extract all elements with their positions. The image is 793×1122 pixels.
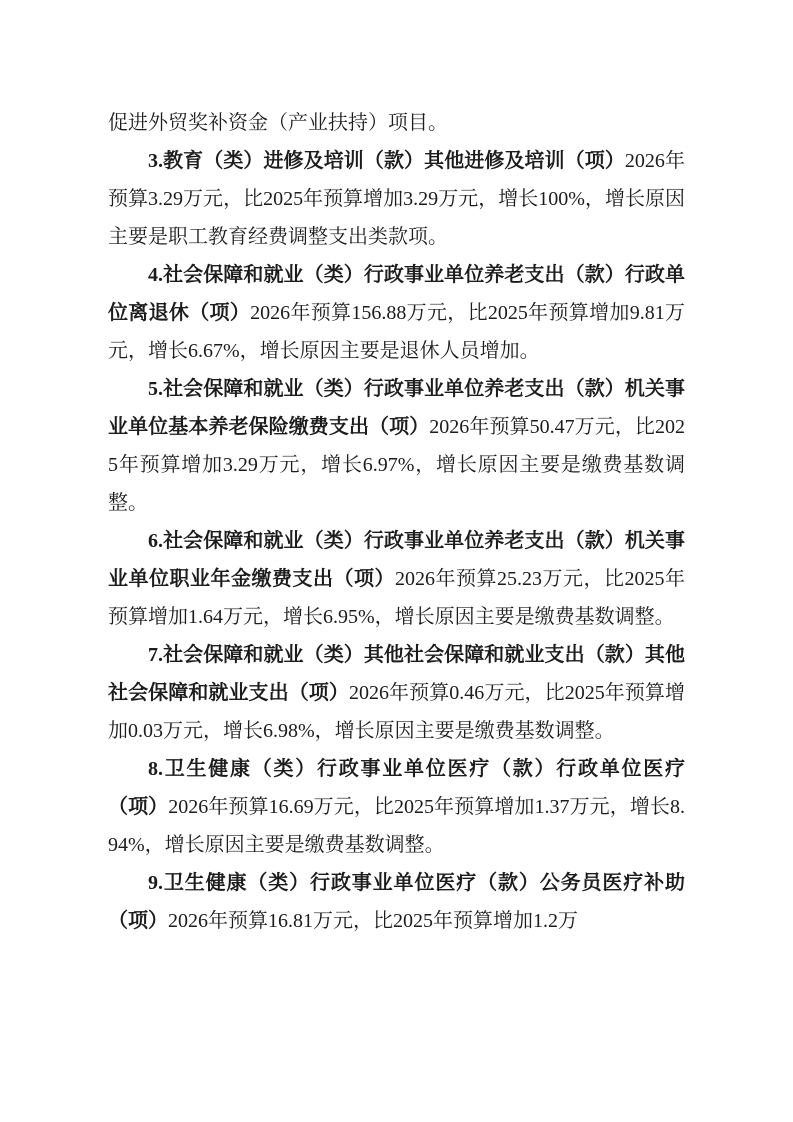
paragraph-continuation: 促进外贸奖补资金（产业扶持）项目。 (108, 104, 685, 142)
budget-item-paragraph: 7.社会保障和就业（类）其他社会保障和就业支出（款）其他社会保障和就业支出（项）… (108, 636, 685, 750)
document-page: 促进外贸奖补资金（产业扶持）项目。 3.教育（类）进修及培训（款）其他进修及培训… (0, 0, 793, 1122)
item-text: 促进外贸奖补资金（产业扶持）项目。 (108, 112, 448, 134)
budget-item-paragraph: 4.社会保障和就业（类）行政事业单位养老支出（款）行政单位离退休（项）2026年… (108, 256, 685, 370)
budget-item-paragraph: 5.社会保障和就业（类）行政事业单位养老支出（款）机关事业单位基本养老保险缴费支… (108, 370, 685, 522)
item-heading: 3.教育（类）进修及培训（款）其他进修及培训（项） (148, 150, 625, 172)
budget-item-paragraph: 3.教育（类）进修及培训（款）其他进修及培训（项）2026年预算3.29万元，比… (108, 142, 685, 256)
item-text: 2026年预算16.81万元，比2025年预算增加1.2万 (168, 910, 578, 932)
budget-item-paragraph: 6.社会保障和就业（类）行政事业单位养老支出（款）机关事业单位职业年金缴费支出（… (108, 522, 685, 636)
budget-item-paragraph: 8.卫生健康（类）行政事业单位医疗（款）行政单位医疗（项）2026年预算16.6… (108, 750, 685, 864)
budget-item-paragraph: 9.卫生健康（类）行政事业单位医疗（款）公务员医疗补助（项）2026年预算16.… (108, 864, 685, 940)
item-text: 2026年预算16.69万元，比2025年预算增加1.37万元，增长8.94%，… (108, 796, 685, 856)
